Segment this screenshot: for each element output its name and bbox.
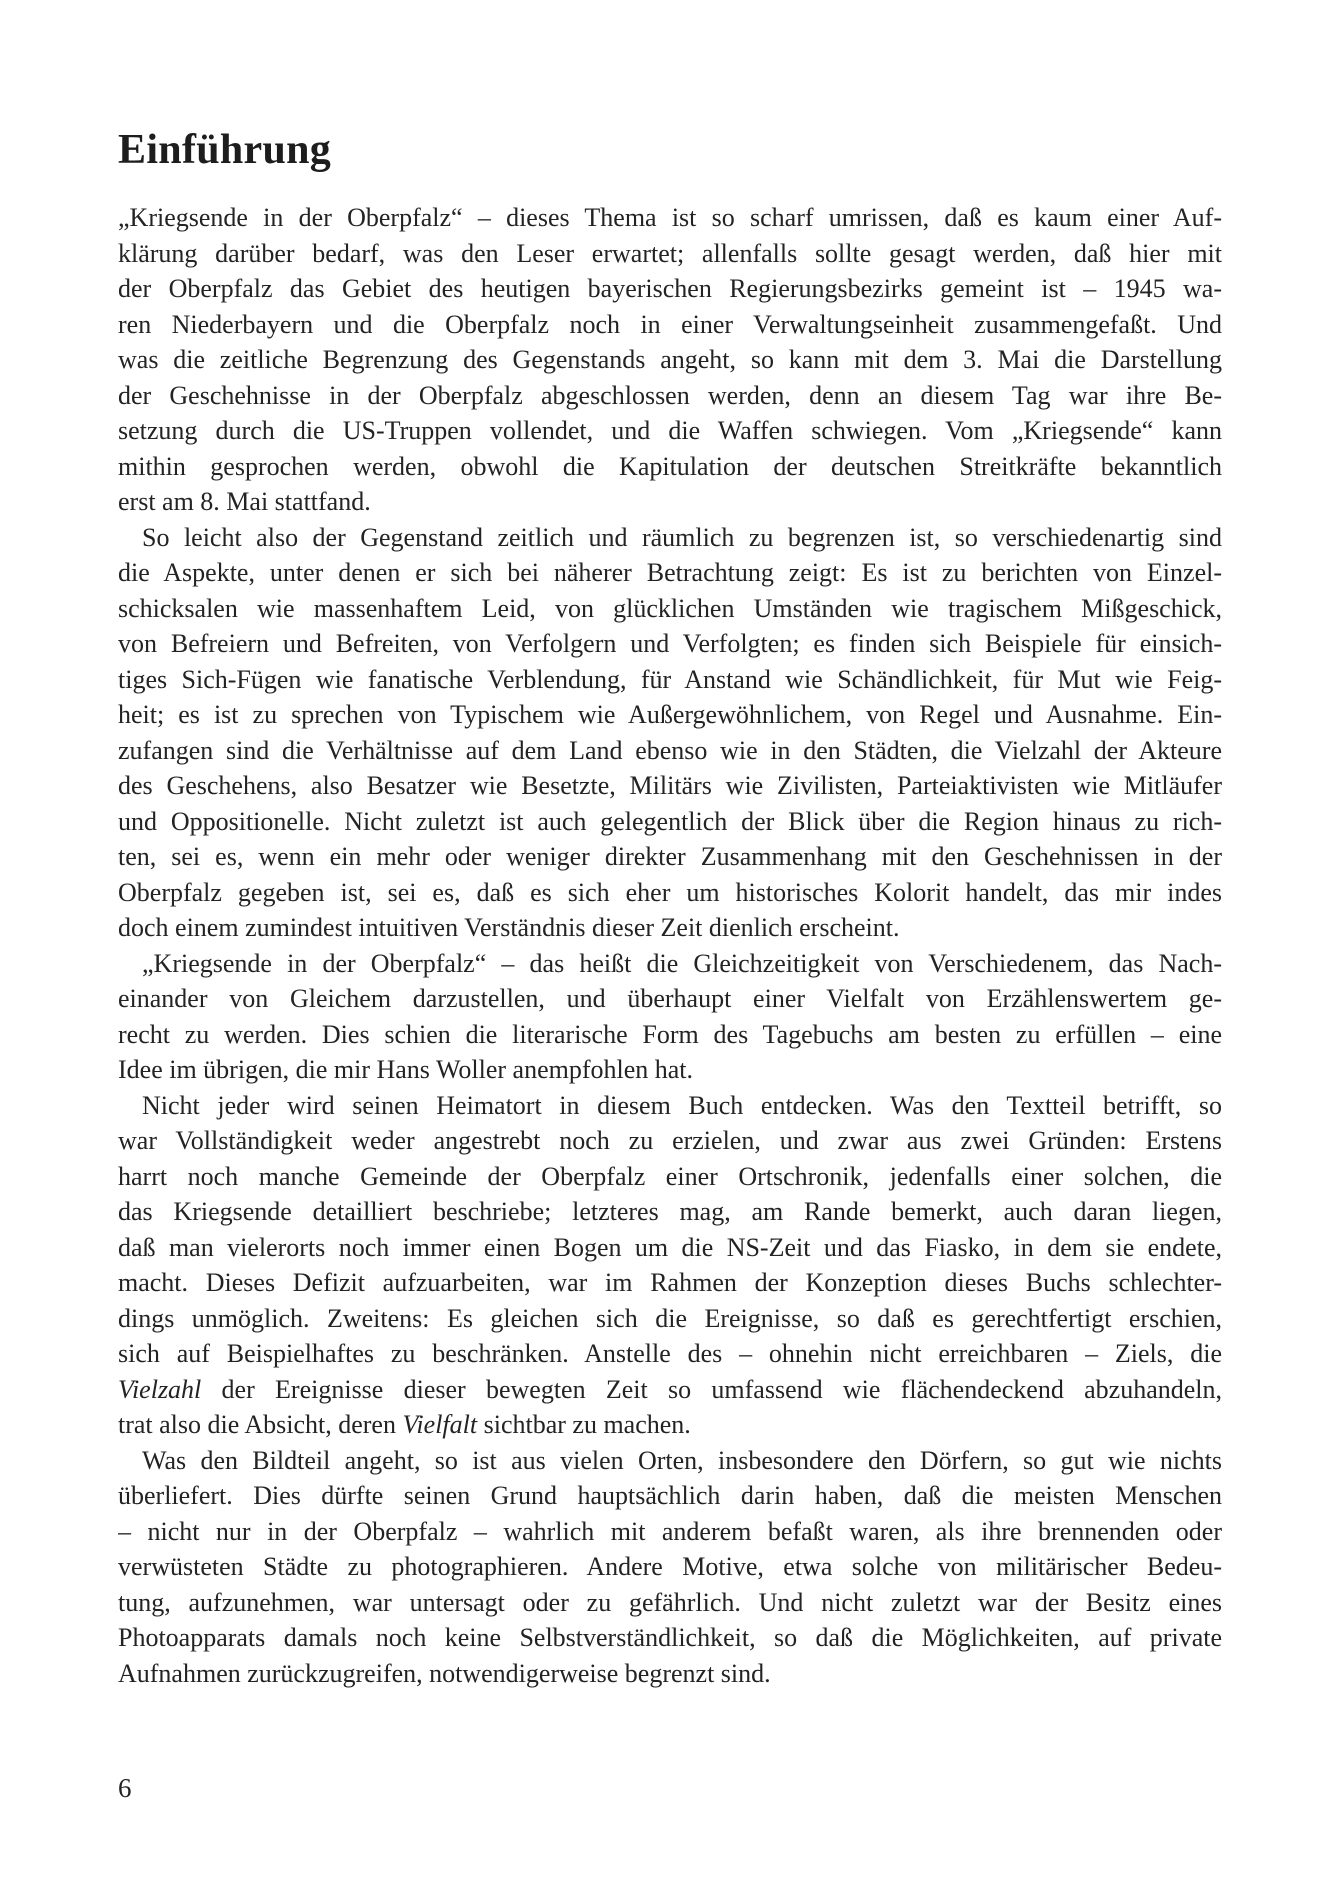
text-segment: des Geschehens, also Besatzer wie Besetz… [118,771,1222,800]
page-content: Einführung „Kriegsende in der Oberpfalz“… [118,126,1222,1691]
text-line: der Oberpfalz das Gebiet des heutigen ba… [118,271,1222,307]
page-number: 6 [118,1772,132,1804]
text-segment: der Oberpfalz das Gebiet des heutigen ba… [118,274,1222,303]
italic-text: Vielfalt [402,1410,477,1439]
text-segment: tiges Sich-Fügen wie fanatische Verblend… [118,665,1222,694]
text-segment: – nicht nur in der Oberpfalz – wahrlich … [118,1517,1222,1546]
text-line: des Geschehens, also Besatzer wie Besetz… [118,768,1222,804]
text-segment: Idee im übrigen, die mir Hans Woller ane… [118,1055,693,1084]
text-line: das Kriegsende detailliert beschriebe; l… [118,1194,1222,1230]
text-line: verwüsteten Städte zu photographieren. A… [118,1549,1222,1585]
text-line: harrt noch manche Gemeinde der Oberpfalz… [118,1159,1222,1195]
text-line: die Aspekte, unter denen er sich bei näh… [118,555,1222,591]
text-segment: der Ereignisse dieser bewegten Zeit so u… [201,1375,1222,1404]
text-segment: mithin gesprochen werden, obwohl die Kap… [118,452,1222,481]
text-line: von Befreiern und Befreiten, von Verfolg… [118,626,1222,662]
text-line: dings unmöglich. Zweitens: Es gleichen s… [118,1301,1222,1337]
text-line: Oberpfalz gegeben ist, sei es, daß es si… [118,875,1222,911]
text-segment: überliefert. Dies dürfte seinen Grund ha… [118,1481,1222,1510]
text-line: trat also die Absicht, deren Vielfalt si… [118,1407,1222,1443]
text-line: setzung durch die US-Truppen vollendet, … [118,413,1222,449]
text-line: mithin gesprochen werden, obwohl die Kap… [118,449,1222,485]
text-line: zufangen sind die Verhältnisse auf dem L… [118,733,1222,769]
text-line: erst am 8. Mai stattfand. [118,484,1222,520]
text-line: tiges Sich-Fügen wie fanatische Verblend… [118,662,1222,698]
text-line: einander von Gleichem darzustellen, und … [118,981,1222,1017]
text-segment: was die zeitliche Begrenzung des Gegenst… [118,345,1222,374]
text-segment: So leicht also der Gegenstand zeitlich u… [142,523,1222,552]
paragraph: „Kriegsende in der Oberpfalz“ – dieses T… [118,200,1222,520]
text-line: der Geschehnisse in der Oberpfalz abgesc… [118,378,1222,414]
text-line: recht zu werden. Dies schien die literar… [118,1017,1222,1053]
paragraph: Nicht jeder wird seinen Heimatort in die… [118,1088,1222,1443]
text-segment: Nicht jeder wird seinen Heimatort in die… [142,1091,1222,1120]
text-segment: Was den Bildteil angeht, so ist aus viel… [142,1446,1222,1475]
text-line: tung, aufzunehmen, war untersagt oder zu… [118,1585,1222,1621]
text-line: – nicht nur in der Oberpfalz – wahrlich … [118,1514,1222,1550]
text-segment: schicksalen wie massenhaftem Leid, von g… [118,594,1222,623]
text-line: klärung darüber bedarf, was den Leser er… [118,236,1222,272]
text-segment: macht. Dieses Defizit aufzuarbeiten, war… [118,1268,1222,1297]
text-line: Nicht jeder wird seinen Heimatort in die… [118,1088,1222,1124]
text-segment: sich auf Beispielhaftes zu beschränken. … [118,1339,1222,1368]
book-page: Einführung „Kriegsende in der Oberpfalz“… [0,0,1339,1890]
text-line: daß man vielerorts noch immer einen Boge… [118,1230,1222,1266]
text-segment: harrt noch manche Gemeinde der Oberpfalz… [118,1162,1222,1191]
text-segment: daß man vielerorts noch immer einen Boge… [118,1233,1222,1262]
text-segment: verwüsteten Städte zu photographieren. A… [118,1552,1222,1581]
text-segment: „Kriegsende in der Oberpfalz“ – das heiß… [142,949,1222,978]
text-segment: der Geschehnisse in der Oberpfalz abgesc… [118,381,1222,410]
text-segment: Oberpfalz gegeben ist, sei es, daß es si… [118,878,1222,907]
text-segment: sichtbar zu machen. [477,1410,691,1439]
paragraph: „Kriegsende in der Oberpfalz“ – das heiß… [118,946,1222,1088]
text-line: So leicht also der Gegenstand zeitlich u… [118,520,1222,556]
text-line: Idee im übrigen, die mir Hans Woller ane… [118,1052,1222,1088]
text-segment: zufangen sind die Verhältnisse auf dem L… [118,736,1222,765]
text-segment: Aufnahmen zurückzugreifen, notwendigerwe… [118,1659,771,1688]
text-segment: trat also die Absicht, deren [118,1410,402,1439]
text-segment: recht zu werden. Dies schien die literar… [118,1020,1222,1049]
text-segment: tung, aufzunehmen, war untersagt oder zu… [118,1588,1222,1617]
page-title: Einführung [118,126,1222,174]
text-line: „Kriegsende in der Oberpfalz“ – dieses T… [118,200,1222,236]
text-segment: erst am 8. Mai stattfand. [118,487,371,516]
text-line: doch einem zumindest intuitiven Verständ… [118,910,1222,946]
text-line: Photoapparats damals noch keine Selbstve… [118,1620,1222,1656]
text-line: „Kriegsende in der Oberpfalz“ – das heiß… [118,946,1222,982]
text-segment: setzung durch die US-Truppen vollendet, … [118,416,1222,445]
text-line: Was den Bildteil angeht, so ist aus viel… [118,1443,1222,1479]
text-segment: ten, sei es, wenn ein mehr oder weniger … [118,842,1222,871]
text-segment: doch einem zumindest intuitiven Verständ… [118,913,900,942]
text-line: war Vollständigkeit weder angestrebt noc… [118,1123,1222,1159]
text-line: macht. Dieses Defizit aufzuarbeiten, war… [118,1265,1222,1301]
text-segment: heit; es ist zu sprechen von Typischem w… [118,700,1222,729]
italic-text: Vielzahl [118,1375,201,1404]
text-segment: ren Niederbayern und die Oberpfalz noch … [118,310,1222,339]
text-line: und Oppositionelle. Nicht zuletzt ist au… [118,804,1222,840]
text-segment: klärung darüber bedarf, was den Leser er… [118,239,1222,268]
text-segment: die Aspekte, unter denen er sich bei näh… [118,558,1222,587]
paragraph: So leicht also der Gegenstand zeitlich u… [118,520,1222,946]
paragraph: Was den Bildteil angeht, so ist aus viel… [118,1443,1222,1692]
text-line: was die zeitliche Begrenzung des Gegenst… [118,342,1222,378]
text-segment: und Oppositionelle. Nicht zuletzt ist au… [118,807,1222,836]
text-segment: das Kriegsende detailliert beschriebe; l… [118,1197,1222,1226]
text-line: schicksalen wie massenhaftem Leid, von g… [118,591,1222,627]
text-line: sich auf Beispielhaftes zu beschränken. … [118,1336,1222,1372]
body-text: „Kriegsende in der Oberpfalz“ – dieses T… [118,200,1222,1691]
text-segment: „Kriegsende in der Oberpfalz“ – dieses T… [118,203,1222,232]
text-line: ten, sei es, wenn ein mehr oder weniger … [118,839,1222,875]
text-line: heit; es ist zu sprechen von Typischem w… [118,697,1222,733]
text-segment: Photoapparats damals noch keine Selbstve… [118,1623,1222,1652]
text-segment: dings unmöglich. Zweitens: Es gleichen s… [118,1304,1222,1333]
text-line: ren Niederbayern und die Oberpfalz noch … [118,307,1222,343]
text-segment: einander von Gleichem darzustellen, und … [118,984,1222,1013]
text-line: Aufnahmen zurückzugreifen, notwendigerwe… [118,1656,1222,1692]
text-segment: von Befreiern und Befreiten, von Verfolg… [118,629,1222,658]
text-line: Vielzahl der Ereignisse dieser bewegten … [118,1372,1222,1408]
text-segment: war Vollständigkeit weder angestrebt noc… [118,1126,1222,1155]
text-line: überliefert. Dies dürfte seinen Grund ha… [118,1478,1222,1514]
